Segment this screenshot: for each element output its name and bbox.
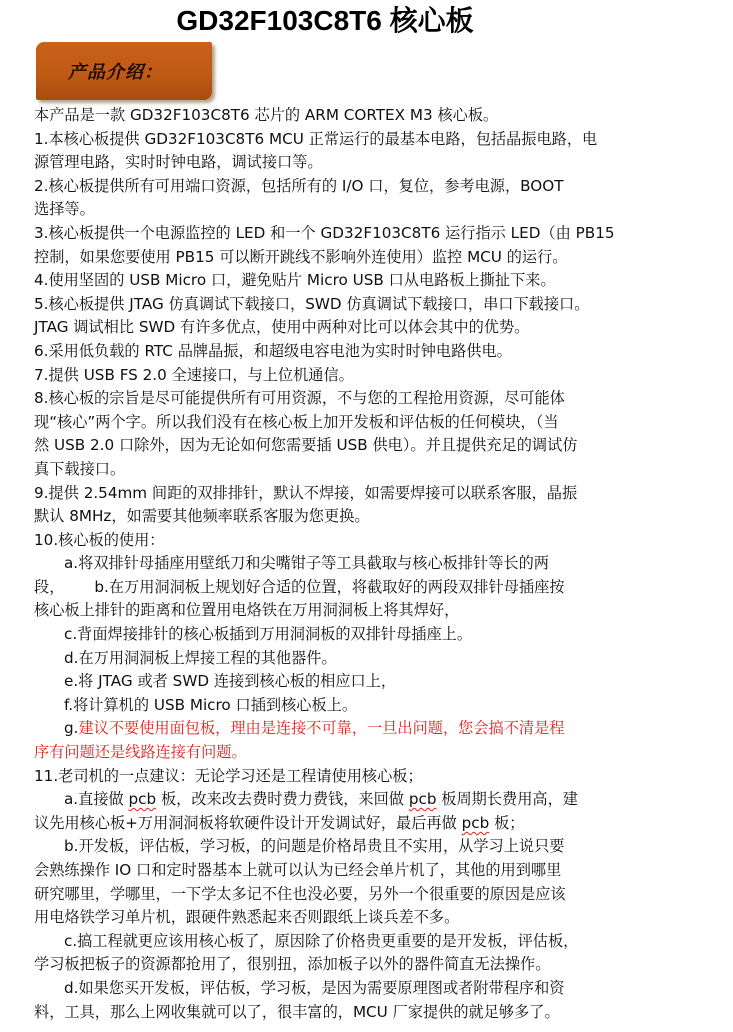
item-11b-line-3: 研究哪里，学哪里，一下学太多记不住也没必要，另外一个很重要的原因是应该 [34, 883, 674, 907]
item-10f: f.将计算机的 USB Micro 口插到核心板上。 [34, 694, 674, 718]
text-segment: 板周期长费用高，建 [436, 790, 578, 808]
text-segment: 板，改来改去费时费力费钱，来回做 [156, 790, 409, 808]
intro-line: 本产品是一款 GD32F103C8T6 芯片的 ARM CORTEX M3 核心… [34, 104, 674, 128]
item-2-line-1: 2.核心板提供所有可用端口资源，包括所有的 I/O 口，复位，参考电源，BOOT [34, 175, 674, 199]
item-10g-line-1: g.建议不要使用面包板，理由是连接不可靠，一旦出问题，您会搞不清是程 [34, 717, 674, 741]
item-11c-line-2: 学习板把板子的资源都抢用了，很别扭，添加板子以外的器件简直无法操作。 [34, 953, 674, 977]
spellcheck-word-pcb: pcb [462, 814, 490, 832]
item-11b-line-2: 会熟练操作 IO 口和定时器基本上就可以认为已经会单片机了，其他的用到哪里 [34, 859, 674, 883]
section-banner-label: 产品介绍： [68, 58, 163, 84]
spellcheck-word-pcb: pcb [129, 790, 157, 808]
item-10b-line-2: 核心板上排针的距离和位置用电烙铁在万用洞洞板上将其焊好， [34, 599, 674, 623]
item-5-line-2: JTAG 调试相比 SWD 有许多优点，使用中两种对比可以体会其中的优势。 [34, 316, 674, 340]
item-11a-line-1: a.直接做 pcb 板，改来改去费时费力费钱，来回做 pcb 板周期长费用高，建 [34, 788, 674, 812]
item-6-line-1: 6.采用低负载的 RTC 品牌晶振，和超级电容电池为实时时钟电路供电。 [34, 340, 674, 364]
item-3-line-1: 3.核心板提供一个电源监控的 LED 和一个 GD32F103C8T6 运行指示… [34, 222, 674, 246]
text-segment: 板； [489, 814, 524, 832]
item-2-line-2: 选择等。 [34, 198, 674, 222]
item-1-line-2: 源管理电路，实时时钟电路，调试接口等。 [34, 151, 674, 175]
item-10b-text: b.在万用洞洞板上规划好合适的位置，将截取好的两段双排针母插座按 [94, 578, 564, 596]
item-8-line-2: 现“核心”两个字。所以我们没有在核心板上加开发板和评估板的任何模块，（当 [34, 411, 674, 435]
item-11d-line-2: 料，工具，那么上网收集就可以了，很丰富的，MCU 厂家提供的就足够多了。 [34, 1001, 674, 1025]
section-banner: 产品介绍： [36, 42, 212, 100]
item-4-line-1: 4.使用坚固的 USB Micro 口，避免贴片 Micro USB 口从电路板… [34, 269, 674, 293]
item-9-line-2: 默认 8MHz，如需要其他频率联系客服为您更换。 [34, 505, 674, 529]
item-10e: e.将 JTAG 或者 SWD 连接到核心板的相应口上， [34, 670, 674, 694]
product-description: 本产品是一款 GD32F103C8T6 芯片的 ARM CORTEX M3 核心… [34, 104, 674, 1024]
item-10a-tail: 段， [34, 578, 64, 596]
spellcheck-word-pcb: pcb [409, 790, 437, 808]
item-7-line-1: 7.提供 USB FS 2.0 全速接口，与上位机通信。 [34, 364, 674, 388]
item-10d: d.在万用洞洞板上焊接工程的其他器件。 [34, 647, 674, 671]
item-1-line-1: 1.本核心板提供 GD32F103C8T6 MCU 正常运行的最基本电路，包括晶… [34, 128, 674, 152]
item-10-heading: 10.核心板的使用： [34, 529, 674, 553]
item-10g-prefix: g. [64, 719, 78, 737]
text-segment: a.直接做 [64, 790, 129, 808]
document-title: GD32F103C8T6 核心板 [0, 2, 650, 40]
item-5-line-1: 5.核心板提供 JTAG 仿真调试下载接口，SWD 仿真调试下载接口，串口下载接… [34, 293, 674, 317]
text-segment: 议先用核心板+万用洞洞板将软硬件设计开发调试好，最后再做 [34, 814, 462, 832]
item-9-line-1: 9.提供 2.54mm 间距的双排排针，默认不焊接，如需要焊接可以联系客服，晶振 [34, 482, 674, 506]
item-10g-line-2: 序有问题还是线路连接有问题。 [34, 741, 674, 765]
item-8-line-4: 真下载接口。 [34, 458, 674, 482]
item-11b-line-4: 用电烙铁学习单片机，跟硬件熟悉起来否则跟纸上谈兵差不多。 [34, 906, 674, 930]
warning-text: 建议不要使用面包板，理由是连接不可靠，一旦出问题，您会搞不清是程 [78, 719, 564, 737]
item-8-line-1: 8.核心板的宗旨是尽可能提供所有可用资源，不与您的工程抢用资源，尽可能体 [34, 387, 674, 411]
item-11b-line-1: b.开发板，评估板，学习板，的问题是价格昂贵且不实用，从学习上说只要 [34, 835, 674, 859]
item-11d-line-1: d.如果您买开发板，评估板，学习板，是因为需要原理图或者附带程序和资 [34, 977, 674, 1001]
item-3-line-2: 控制，如果您要使用 PB15 可以断开跳线不影响外连使用）监控 MCU 的运行。 [34, 246, 674, 270]
item-10a-b-line: 段，b.在万用洞洞板上规划好合适的位置，将截取好的两段双排针母插座按 [34, 576, 674, 600]
item-8-line-3: 然 USB 2.0 口除外，因为无论如何您需要插 USB 供电）。并且提供充足的… [34, 434, 674, 458]
item-11-heading: 11.老司机的一点建议：无论学习还是工程请使用核心板； [34, 765, 674, 789]
item-10a-line-1: a.将双排针母插座用壁纸刀和尖嘴钳子等工具截取与核心板排针等长的两 [34, 552, 674, 576]
item-10c: c.背面焊接排针的核心板插到万用洞洞板的双排针母插座上。 [34, 623, 674, 647]
item-11c-line-1: c.搞工程就更应该用核心板了，原因除了价格贵更重要的是开发板，评估板， [34, 930, 674, 954]
item-11a-line-2: 议先用核心板+万用洞洞板将软硬件设计开发调试好，最后再做 pcb 板； [34, 812, 674, 836]
